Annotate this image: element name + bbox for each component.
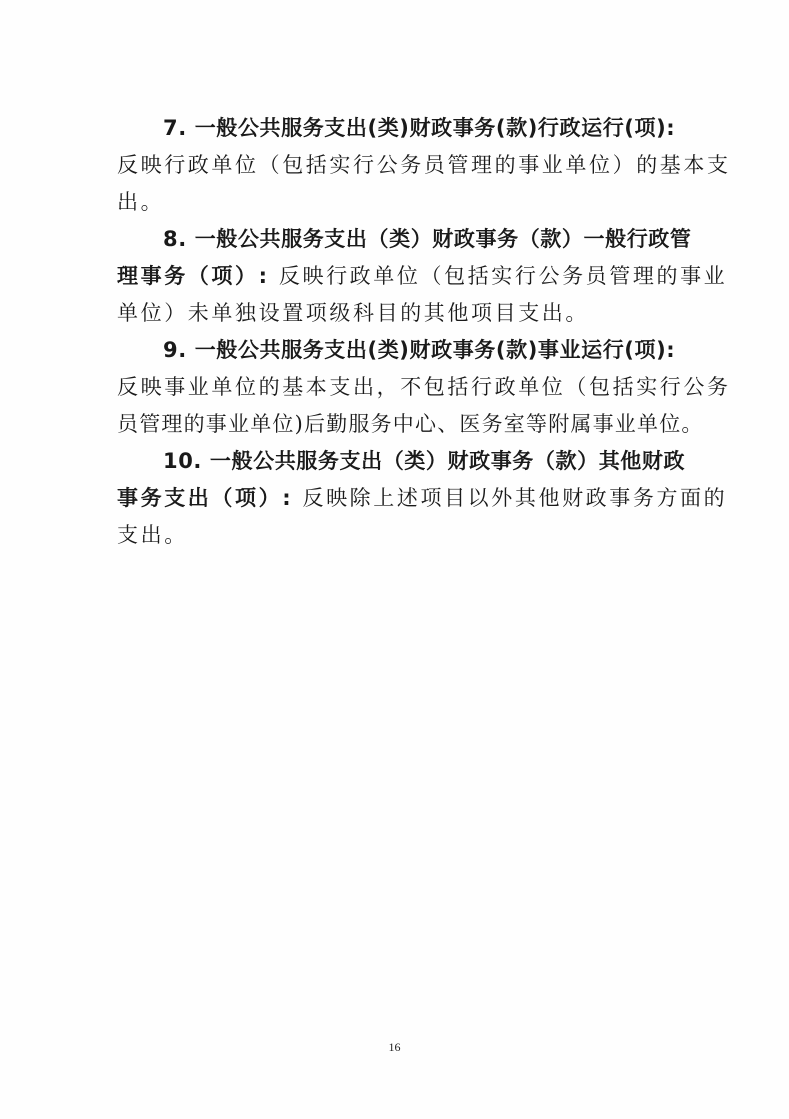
item-description: 支出。: [117, 523, 188, 547]
paragraph-mixed-line: 事务支出（项）: 反映除上述项目以外其他财政事务方面的: [117, 480, 673, 517]
document-page: 7. 一般公共服务支出(类)财政事务(款)行政运行(项): 反映行政单位（包括实…: [0, 0, 789, 1119]
item-description: 员管理的事业单位)后勤服务中心、医务室等附属事业单位。: [117, 412, 704, 436]
paragraph-mixed-line: 理事务（项）: 反映行政单位（包括实行公务员管理的事业: [117, 258, 673, 295]
item-description: 单位）未单独设置项级科目的其他项目支出。: [117, 301, 589, 325]
paragraph-heading-line: 10. 一般公共服务支出（类）财政事务（款）其他财政: [117, 443, 673, 480]
paragraph-body-line: 反映行政单位（包括实行公务员管理的事业单位）的基本支: [117, 147, 673, 184]
paragraph-body-line: 出。: [117, 184, 673, 221]
item-heading-continuation: 理事务（项）:: [117, 264, 270, 288]
paragraph-body-line: 反映事业单位的基本支出，不包括行政单位（包括实行公务: [117, 369, 673, 406]
item-description: 反映事业单位的基本支出，不包括行政单位（包括实行公务: [117, 375, 731, 399]
item-heading: 7. 一般公共服务支出(类)财政事务(款)行政运行(项):: [163, 116, 675, 140]
paragraph-body-line: 单位）未单独设置项级科目的其他项目支出。: [117, 295, 673, 332]
item-description: 反映除上述项目以外其他财政事务方面的: [293, 486, 727, 510]
item-heading-continuation: 事务支出（项）:: [117, 486, 293, 510]
document-body: 7. 一般公共服务支出(类)财政事务(款)行政运行(项): 反映行政单位（包括实…: [117, 110, 673, 554]
item-description: 反映行政单位（包括实行公务员管理的事业单位）的基本支: [117, 153, 731, 177]
paragraph-heading-line: 9. 一般公共服务支出(类)财政事务(款)事业运行(项):: [117, 332, 673, 369]
item-heading: 10. 一般公共服务支出（类）财政事务（款）其他财政: [163, 449, 685, 473]
item-heading: 9. 一般公共服务支出(类)财政事务(款)事业运行(项):: [163, 338, 675, 362]
page-number: 16: [0, 1040, 789, 1055]
paragraph-item-7: 7. 一般公共服务支出(类)财政事务(款)行政运行(项): 反映行政单位（包括实…: [117, 110, 673, 221]
paragraph-body-line: 支出。: [117, 517, 673, 554]
item-description: 出。: [117, 190, 164, 214]
paragraph-item-10: 10. 一般公共服务支出（类）财政事务（款）其他财政 事务支出（项）: 反映除上…: [117, 443, 673, 554]
paragraph-item-9: 9. 一般公共服务支出(类)财政事务(款)事业运行(项): 反映事业单位的基本支…: [117, 332, 673, 443]
paragraph-item-8: 8. 一般公共服务支出（类）财政事务（款）一般行政管 理事务（项）: 反映行政单…: [117, 221, 673, 332]
item-description: 反映行政单位（包括实行公务员管理的事业: [270, 264, 728, 288]
paragraph-heading-line: 8. 一般公共服务支出（类）财政事务（款）一般行政管: [117, 221, 673, 258]
paragraph-heading-line: 7. 一般公共服务支出(类)财政事务(款)行政运行(项):: [117, 110, 673, 147]
item-heading: 8. 一般公共服务支出（类）财政事务（款）一般行政管: [163, 227, 692, 251]
paragraph-body-line: 员管理的事业单位)后勤服务中心、医务室等附属事业单位。: [117, 406, 673, 443]
